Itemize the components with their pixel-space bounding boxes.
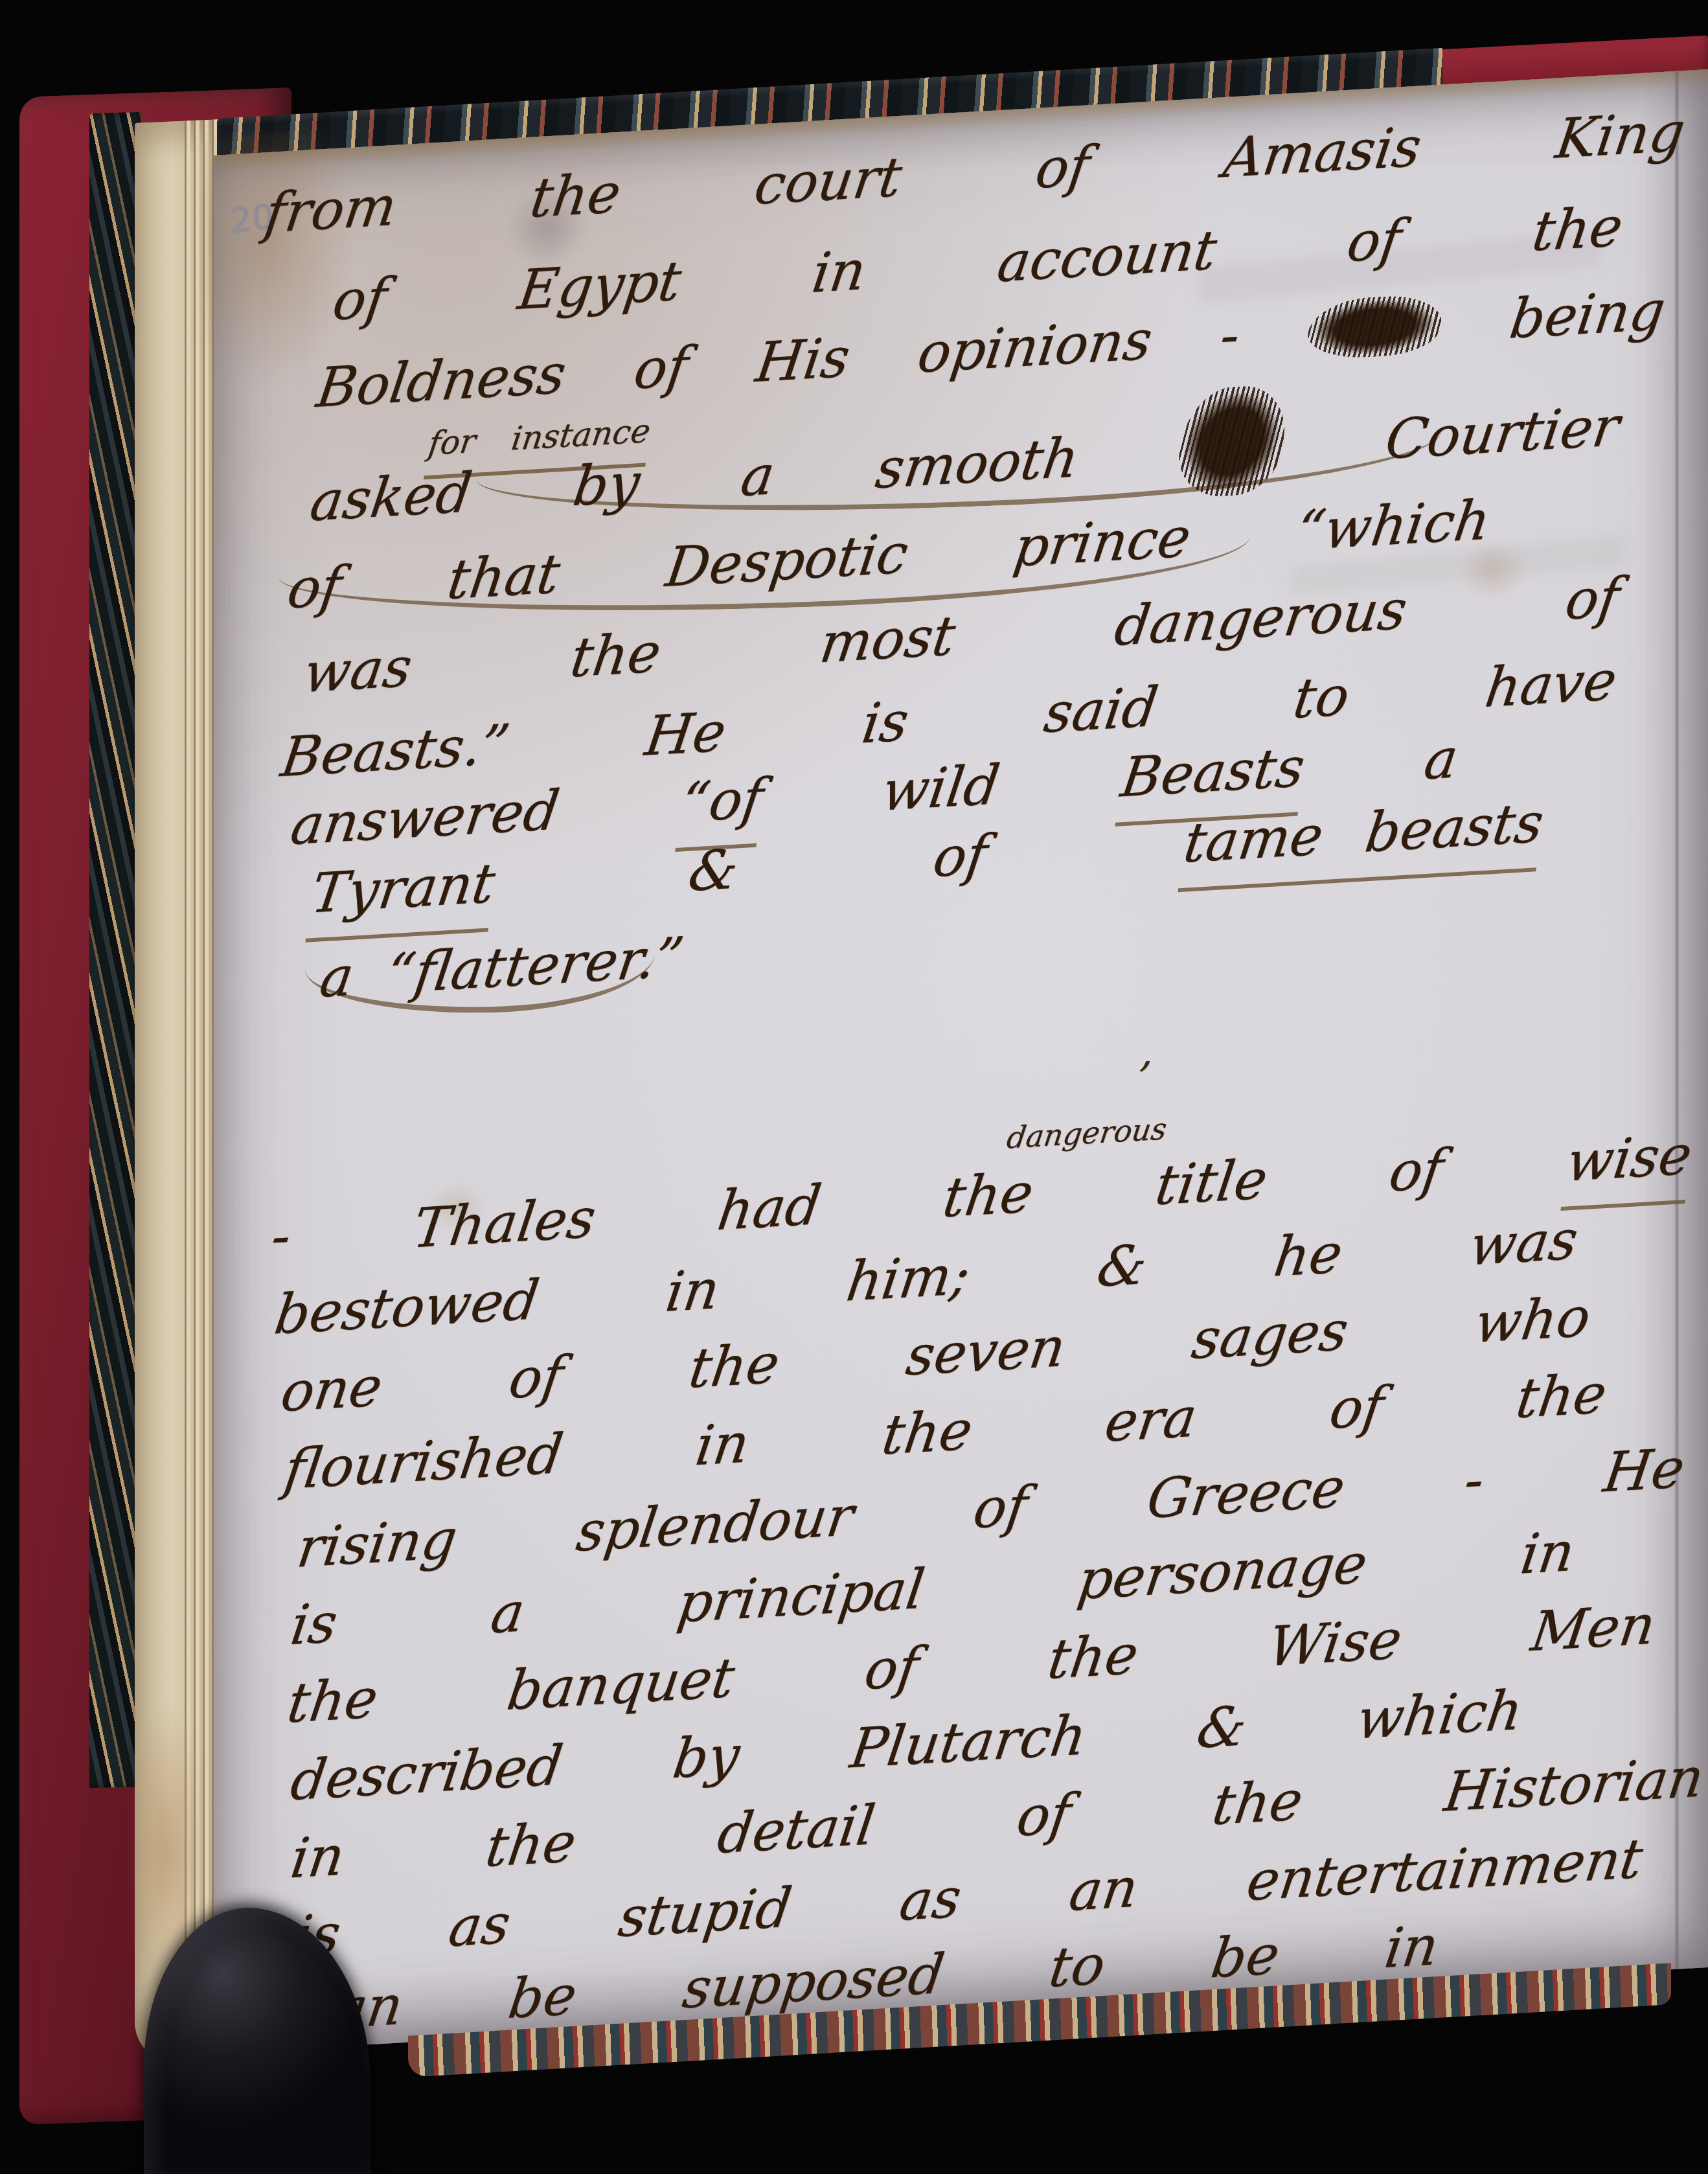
word-segment: the — [1044, 1622, 1142, 1691]
word-segment: He — [1600, 1436, 1689, 1505]
word-segment: seven — [902, 1315, 1069, 1388]
word-segment: the — [939, 1161, 1037, 1230]
word-segment: was — [1466, 1207, 1582, 1277]
word-segment: an — [1066, 1855, 1143, 1923]
word-segment: dangerous — [1005, 1111, 1169, 1156]
word-segment: be — [505, 1963, 580, 2031]
word-segment: - — [1461, 1448, 1488, 1513]
word-segment: banquet — [504, 1645, 739, 1722]
scribbled-out-word — [1173, 383, 1292, 499]
word-segment: the — [527, 161, 624, 230]
word-segment: Tyrant — [305, 851, 499, 943]
word-segment: from — [261, 174, 400, 245]
word-segment: He — [642, 700, 731, 768]
word-segment: in — [1517, 1520, 1578, 1586]
word-segment: personage — [1075, 1531, 1372, 1612]
word-segment: is — [287, 1591, 341, 1658]
word-segment: in — [808, 238, 870, 305]
word-segment: of — [1386, 1137, 1448, 1204]
word-segment: of — [1032, 134, 1093, 201]
word-segment: the — [878, 1398, 976, 1467]
word-segment: wild — [878, 753, 1003, 823]
word-segment: being — [1506, 278, 1669, 351]
word-segment: had — [714, 1173, 825, 1243]
word-segment: have — [1481, 648, 1621, 720]
word-segment: is — [858, 689, 913, 756]
gutter-crease — [1674, 71, 1680, 1969]
word-segment: in — [287, 1824, 348, 1890]
word-segment: the — [483, 1810, 580, 1879]
word-segment: Men — [1527, 1592, 1659, 1664]
word-segment: of — [329, 266, 391, 333]
word-segment: Beasts.” — [277, 712, 514, 789]
word-segment: Historian — [1440, 1745, 1708, 1824]
word-segment: flourished — [280, 1422, 567, 1502]
word-segment: a — [737, 443, 779, 509]
word-segment: by — [669, 1723, 744, 1791]
word-segment: the — [284, 1666, 381, 1735]
word-segment: who — [1471, 1285, 1594, 1355]
word-segment: Plutarch — [847, 1703, 1090, 1781]
word-segment: “which — [1293, 488, 1494, 563]
word-segment: sages — [1189, 1299, 1353, 1372]
word-segment: he — [1270, 1221, 1347, 1289]
word-segment: described — [287, 1733, 567, 1813]
word-segment: Courtier — [1382, 394, 1623, 472]
marbled-board-edge — [89, 112, 141, 1788]
word-segment: as — [896, 1866, 965, 1933]
word-segment: him; — [843, 1242, 974, 1314]
word-segment: entertainment — [1243, 1826, 1646, 1913]
word-segment: by — [569, 451, 644, 519]
word-segment: Amasis — [1220, 115, 1426, 190]
word-segment: of — [630, 334, 692, 402]
word-segment: & — [1193, 1694, 1251, 1761]
word-segment: - — [268, 1204, 295, 1268]
word-segment: the — [686, 1331, 784, 1401]
word-segment: as — [445, 1892, 514, 1959]
word-segment: in — [662, 1257, 723, 1324]
manuscript-line-13: dangerous — [1007, 1108, 1221, 1155]
word-segment: of — [970, 1474, 1031, 1541]
scribbled-out-word — [1304, 293, 1446, 361]
stray-ink-mark: ’ — [1133, 1053, 1154, 1103]
word-segment: smooth — [872, 426, 1083, 501]
word-segment: the — [1529, 194, 1627, 264]
word-segment: prince — [1010, 505, 1194, 579]
word-segment: one — [277, 1355, 386, 1425]
word-segment: a — [1420, 726, 1462, 792]
manuscript-photo: 20 fromthecourtofAmasisKingofEgyptinacco… — [0, 0, 1708, 2174]
word-segment: which — [1353, 1678, 1527, 1751]
word-segment: King — [1552, 100, 1689, 171]
word-segment: splendour — [573, 1484, 858, 1564]
word-segment: Wise — [1264, 1607, 1406, 1679]
word-segment: Egypt — [514, 249, 685, 322]
word-segment: stupid — [615, 1875, 795, 1949]
word-segment: of — [861, 1635, 922, 1702]
word-segment: in — [692, 1411, 753, 1478]
word-segment: asked — [306, 461, 475, 534]
word-segment: of — [1326, 1374, 1387, 1441]
word-segment: to — [1045, 1932, 1109, 2000]
word-segment: of — [1562, 565, 1623, 632]
word-segment: of — [929, 823, 991, 890]
word-segment: the — [1513, 1362, 1611, 1431]
word-segment: account — [994, 218, 1220, 294]
word-segment: the — [1209, 1768, 1306, 1838]
word-segment: opinions — [914, 308, 1156, 385]
word-segment: a — [316, 944, 358, 1010]
manuscript-line-12: ’ — [1137, 1053, 1163, 1103]
word-segment: Greece — [1143, 1456, 1349, 1531]
word-segment: wise — [1561, 1123, 1696, 1211]
word-segment: detail — [714, 1793, 880, 1866]
word-segment: of — [1013, 1781, 1075, 1849]
word-segment: answered — [287, 778, 563, 858]
word-segment: of — [284, 554, 345, 621]
word-segment: said — [1040, 675, 1162, 746]
word-segment: the — [567, 621, 665, 690]
word-segment: that — [444, 542, 564, 612]
word-segment: & — [1093, 1233, 1151, 1299]
word-segment: was — [300, 635, 416, 705]
word-segment: a — [487, 1580, 529, 1646]
word-segment: era — [1101, 1385, 1201, 1454]
word-segment: most — [816, 604, 959, 676]
word-segment: His — [752, 325, 854, 395]
word-segment: principal — [674, 1557, 928, 1635]
word-segment: rising — [293, 1507, 461, 1580]
manuscript-page: 20 fromthecourtofAmasisKingofEgyptinacco… — [214, 69, 1708, 2054]
word-segment: & — [685, 837, 743, 904]
word-segment: in — [1381, 1914, 1442, 1980]
word-segment: of — [505, 1344, 567, 1412]
word-segment: title — [1152, 1147, 1271, 1218]
word-segment: “flatterer.” — [383, 925, 687, 1006]
word-segment: - — [1216, 303, 1244, 367]
word-segment: dangerous — [1111, 577, 1411, 658]
word-segment: to — [1290, 664, 1353, 731]
word-segment: Thales — [409, 1186, 600, 1261]
word-segment: court — [751, 144, 905, 217]
word-segment: be — [1207, 1923, 1283, 1991]
word-segment: of — [1344, 207, 1406, 275]
